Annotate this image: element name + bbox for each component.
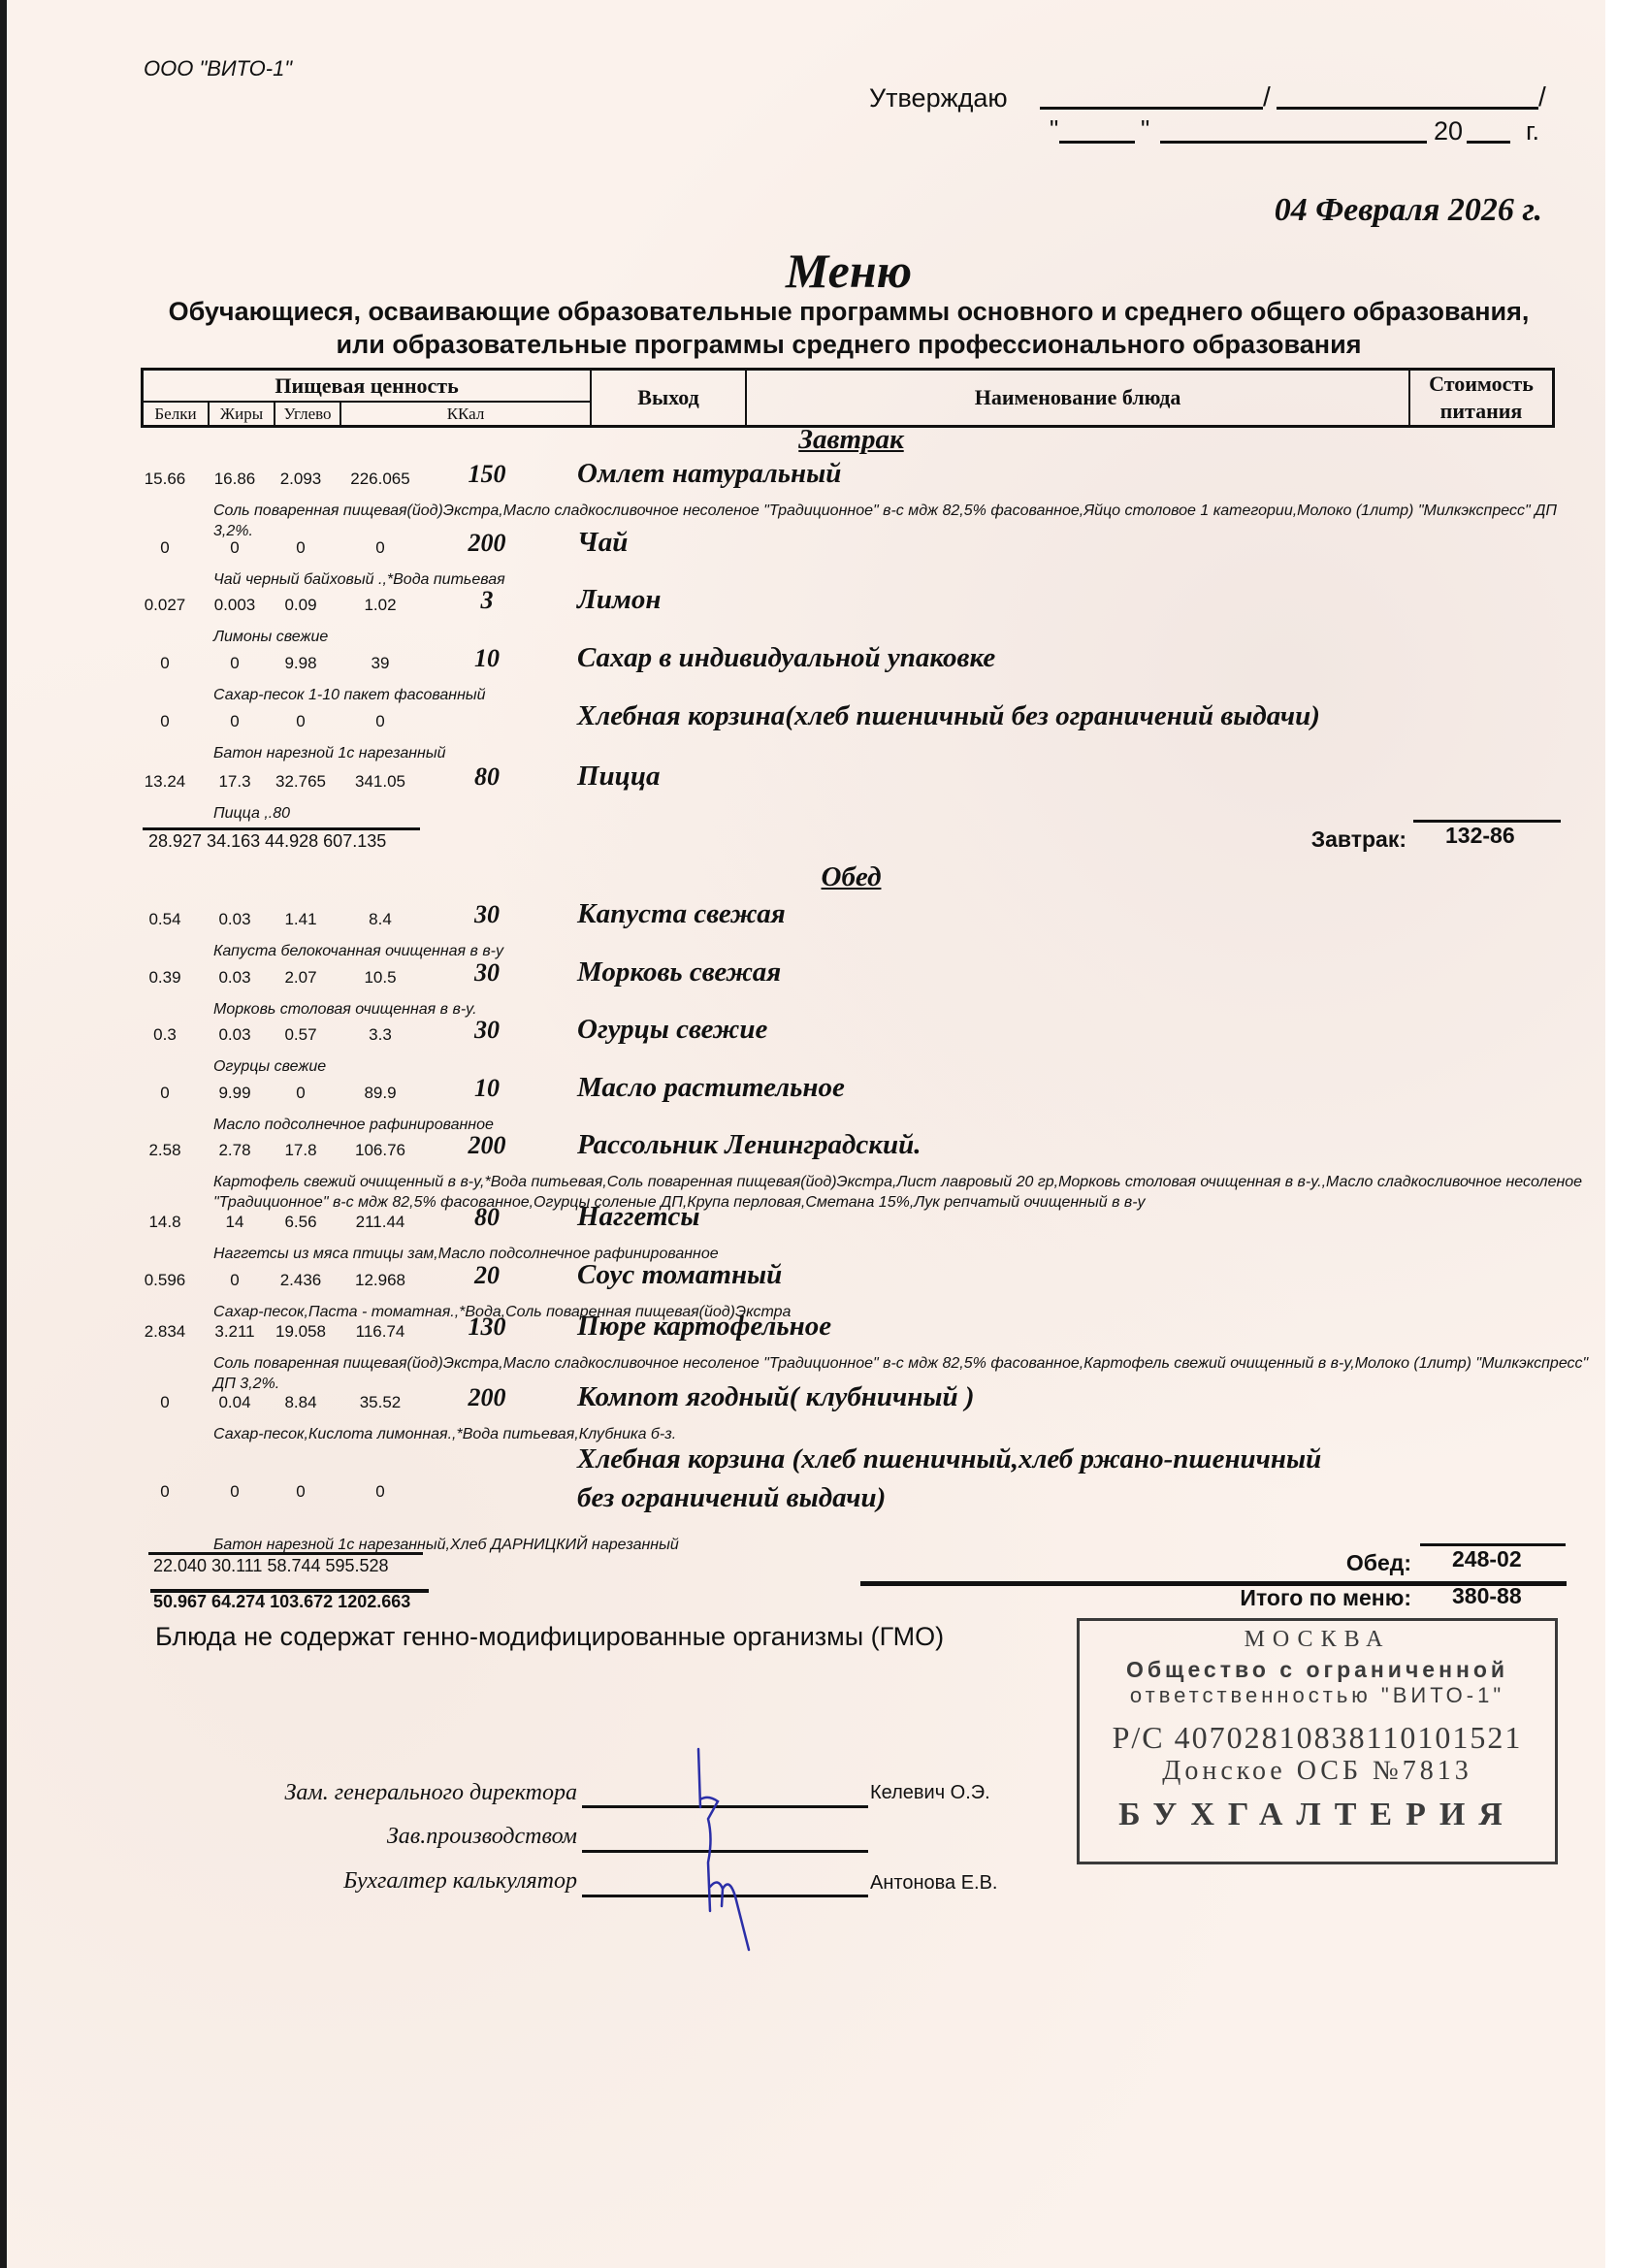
carbs-value: 0.09 <box>267 596 335 615</box>
dish-name: Рассольник Ленинградский. <box>577 1129 921 1161</box>
fat-header: Жиры <box>209 402 275 426</box>
dish-name: Масло растительное <box>577 1072 845 1104</box>
page-subtitle: Обучающиеся, осваивающие образовательные… <box>141 295 1557 361</box>
dish-name: Чай <box>577 527 628 559</box>
kcal-value: 35.52 <box>346 1393 414 1412</box>
protein-value: 0.027 <box>131 596 199 615</box>
fat-value: 3.211 <box>201 1322 269 1342</box>
protein-value: 0 <box>131 654 199 673</box>
menu-item-row: 14.8146.56211.4480НаггетсыНаггетсы из мя… <box>141 1203 1596 1242</box>
approve-slash: / <box>1263 81 1271 113</box>
carbs-value: 9.98 <box>267 654 335 673</box>
kcal-value: 8.4 <box>346 910 414 929</box>
fat-value: 17.3 <box>201 772 269 792</box>
menu-item-row: 0.390.032.0710.530Морковь свежаяМорковь … <box>141 958 1596 997</box>
menu-item-row: 0.540.031.418.430Капуста свежаяКапуста б… <box>141 900 1596 939</box>
yield-value: 10 <box>453 644 521 673</box>
menu-item-row: 09.99089.910Масло растительноеМасло подс… <box>141 1074 1596 1113</box>
date-quote: " <box>1050 114 1058 145</box>
yield-value: 200 <box>453 529 521 558</box>
section-breakfast-title: Завтрак <box>0 424 1649 456</box>
fat-value: 0.003 <box>201 596 269 615</box>
dish-name: Омлет натуральный <box>577 458 841 490</box>
kcal-value: 3.3 <box>346 1025 414 1045</box>
protein-value: 2.834 <box>131 1322 199 1342</box>
yield-value: 30 <box>453 900 521 929</box>
stamp-bank: Донское ОСБ №7813 <box>1080 1756 1555 1787</box>
kcal-value: 1.02 <box>346 596 414 615</box>
dish-ingredients: Пицца ,.80 <box>213 803 1600 824</box>
kcal-value: 0 <box>346 1482 414 1502</box>
dish-ingredients: Батон нарезной 1с нарезанный <box>213 743 1600 763</box>
fat-value: 0 <box>201 712 269 731</box>
breakfast-total-line <box>143 827 420 830</box>
section-lunch-title: Обед <box>0 861 1649 893</box>
cost-header-line2: питания <box>1410 398 1552 425</box>
year-suffix: г. <box>1526 116 1539 146</box>
stamp-city: МОСКВА <box>1080 1627 1555 1653</box>
menu-item-row: 0000200ЧайЧай черный байховый .,*Вода пи… <box>141 529 1596 567</box>
menu-item-row: 0.59602.43612.96820Соус томатныйСахар-пе… <box>141 1261 1596 1300</box>
menu-table-header: Пищевая ценность Выход Наименование блюд… <box>141 368 1555 428</box>
scan-edge <box>0 0 7 2268</box>
yield-value: 80 <box>453 1203 521 1232</box>
protein-value: 0.3 <box>131 1025 199 1045</box>
lunch-nutrition-total: 22.040 30.111 58.744 595.528 <box>153 1556 389 1576</box>
fat-value: 0 <box>201 654 269 673</box>
stamp-line1: Общество с ограниченной <box>1080 1657 1555 1683</box>
yield-value: 20 <box>453 1261 521 1290</box>
menu-item-row: 0000Хлебная корзина(хлеб пшеничный без о… <box>141 702 1596 741</box>
protein-value: 0 <box>131 1084 199 1103</box>
dish-name: Огурцы свежие <box>577 1014 767 1046</box>
signature-name-accountant: Антонова Е.В. <box>870 1872 997 1895</box>
carbs-header: Углево <box>275 402 340 426</box>
dish-name: Наггетсы <box>577 1201 700 1233</box>
stamp-department: БУХГАЛТЕРИЯ <box>1080 1797 1555 1833</box>
yield-header: Выход <box>591 370 746 427</box>
carbs-value: 0 <box>267 538 335 558</box>
fat-value: 0.03 <box>201 1025 269 1045</box>
lunch-total-line <box>148 1552 423 1555</box>
signature-role-accountant: Бухгалтер калькулятор <box>228 1868 577 1895</box>
fat-value: 0.03 <box>201 968 269 988</box>
handwritten-signature-icon <box>679 1741 824 1955</box>
yield-value: 130 <box>453 1312 521 1342</box>
gmo-note: Блюда не содержат генно-модифицированные… <box>155 1622 944 1652</box>
year-prefix: 20 <box>1434 116 1463 146</box>
kcal-value: 0 <box>346 712 414 731</box>
menu-item-row: 13.2417.332.765341.0580ПиццаПицца ,.80 <box>141 762 1596 801</box>
lunch-cost-label: Обед: <box>1212 1550 1411 1576</box>
dish-name: Пюре картофельное <box>577 1311 831 1343</box>
menu-item-row: 2.582.7817.8106.76200Рассольник Ленингра… <box>141 1131 1596 1170</box>
dish-ingredients: Сахар-песок,Кислота лимонная.,*Вода пить… <box>213 1424 1600 1444</box>
kcal-value: 116.74 <box>346 1322 414 1342</box>
kcal-value: 89.9 <box>346 1084 414 1103</box>
company-stamp: МОСКВА Общество с ограниченной ответстве… <box>1077 1618 1558 1864</box>
approve-signature-line <box>1040 107 1263 110</box>
day-line <box>1059 141 1135 144</box>
breakfast-nutrition-total: 28.927 34.163 44.928 607.135 <box>148 831 386 852</box>
carbs-value: 2.093 <box>267 470 335 489</box>
protein-value: 0.596 <box>131 1271 199 1290</box>
fat-value: 0 <box>201 1271 269 1290</box>
menu-item-row: 15.6616.862.093226.065150Омлет натуральн… <box>141 460 1596 499</box>
yield-value: 200 <box>453 1131 521 1160</box>
approve-name-line <box>1277 107 1538 110</box>
dish-name: Лимон <box>577 584 662 616</box>
yield-value: 150 <box>453 460 521 489</box>
month-line <box>1160 141 1427 144</box>
dish-name: Пицца <box>577 761 660 793</box>
kcal-value: 211.44 <box>346 1213 414 1232</box>
carbs-value: 32.765 <box>267 772 335 792</box>
fat-value: 14 <box>201 1213 269 1232</box>
kcal-value: 0 <box>346 538 414 558</box>
grand-total-cost: 380-88 <box>1452 1583 1522 1609</box>
stamp-line2: ответственностью "ВИТО-1" <box>1080 1683 1555 1708</box>
dish-name: Соус томатный <box>577 1259 782 1291</box>
carbs-value: 0.57 <box>267 1025 335 1045</box>
protein-value: 0.39 <box>131 968 199 988</box>
yield-value: 80 <box>453 762 521 792</box>
protein-value: 0 <box>131 1482 199 1502</box>
carbs-value: 0 <box>267 712 335 731</box>
dish-name: Хлебная корзина(хлеб пшеничный без огран… <box>577 700 1320 732</box>
grand-total-label: Итого по меню: <box>1115 1585 1411 1611</box>
dish-name: Капуста свежая <box>577 898 786 930</box>
approve-label: Утверждаю <box>869 83 1008 113</box>
protein-header: Белки <box>143 402 210 426</box>
cost-header-line1: Стоимость <box>1410 371 1552 398</box>
company-name: ООО "ВИТО-1" <box>144 56 292 81</box>
kcal-value: 12.968 <box>346 1271 414 1290</box>
yield-value: 200 <box>453 1383 521 1412</box>
fat-value: 0 <box>201 1482 269 1502</box>
stamp-account: Р/С 40702810838110101521 <box>1080 1720 1555 1756</box>
fat-value: 16.86 <box>201 470 269 489</box>
dish-name-header: Наименование блюда <box>746 370 1409 427</box>
menu-item-row: 0.30.030.573.330Огурцы свежиеОгурцы свеж… <box>141 1016 1596 1054</box>
carbs-value: 0 <box>267 1084 335 1103</box>
grand-nutrition-total: 50.967 64.274 103.672 1202.663 <box>153 1592 410 1612</box>
menu-item-row: 0.0270.0030.091.023ЛимонЛимоны свежие <box>141 586 1596 625</box>
protein-value: 0 <box>131 712 199 731</box>
yield-value: 30 <box>453 1016 521 1045</box>
signature-role-production: Зав.производством <box>228 1824 577 1850</box>
carbs-value: 2.07 <box>267 968 335 988</box>
fat-value: 0 <box>201 538 269 558</box>
dish-name: Компот ягодный( клубничный ) <box>577 1381 975 1413</box>
signature-name-deputy: Келевич О.Э. <box>870 1782 990 1804</box>
fat-value: 0.03 <box>201 910 269 929</box>
protein-value: 0.54 <box>131 910 199 929</box>
carbs-value: 1.41 <box>267 910 335 929</box>
kcal-header: ККал <box>340 402 591 426</box>
kcal-value: 39 <box>346 654 414 673</box>
kcal-value: 106.76 <box>346 1141 414 1160</box>
fat-value: 2.78 <box>201 1141 269 1160</box>
carbs-value: 17.8 <box>267 1141 335 1160</box>
menu-item-row: 2.8343.21119.058116.74130Пюре картофельн… <box>141 1312 1596 1351</box>
date-quote: " <box>1141 114 1149 145</box>
kcal-value: 341.05 <box>346 772 414 792</box>
breakfast-cost-label: Завтрак: <box>1203 826 1406 853</box>
carbs-value: 6.56 <box>267 1213 335 1232</box>
carbs-value: 2.436 <box>267 1271 335 1290</box>
protein-value: 14.8 <box>131 1213 199 1232</box>
yield-value: 10 <box>453 1074 521 1103</box>
page-title: Меню <box>0 243 1649 299</box>
dish-name-continued: без ограничений выдачи) <box>577 1482 886 1514</box>
fat-value: 0.04 <box>201 1393 269 1412</box>
breakfast-cost: 132-86 <box>1445 823 1515 849</box>
carbs-value: 19.058 <box>267 1322 335 1342</box>
kcal-value: 10.5 <box>346 968 414 988</box>
dish-name: Морковь свежая <box>577 956 781 988</box>
protein-value: 15.66 <box>131 470 199 489</box>
protein-value: 13.24 <box>131 772 199 792</box>
approve-slash: / <box>1538 81 1546 113</box>
protein-value: 2.58 <box>131 1141 199 1160</box>
nutrition-header: Пищевая ценность <box>143 370 592 403</box>
menu-date: 04 Февраля 2026 г. <box>1275 192 1542 229</box>
dish-name: Сахар в индивидуальной упаковке <box>577 642 995 674</box>
menu-item-row: 00.048.8435.52200Компот ягодный( клубнич… <box>141 1383 1596 1422</box>
yield-value: 3 <box>453 586 521 615</box>
year-line <box>1467 141 1510 144</box>
menu-item-row: 0000Хлебная корзина (хлеб пшеничный,хлеб… <box>141 1445 1596 1484</box>
protein-value: 0 <box>131 538 199 558</box>
dish-name: Хлебная корзина (хлеб пшеничный,хлеб ржа… <box>577 1443 1321 1475</box>
protein-value: 0 <box>131 1393 199 1412</box>
fat-value: 9.99 <box>201 1084 269 1103</box>
carbs-value: 0 <box>267 1482 335 1502</box>
menu-item-row: 009.983910Сахар в индивидуальной упаковк… <box>141 644 1596 683</box>
lunch-cost: 248-02 <box>1452 1546 1522 1572</box>
kcal-value: 226.065 <box>346 470 414 489</box>
yield-value: 30 <box>453 958 521 988</box>
signature-role-deputy: Зам. генерального директора <box>228 1780 577 1806</box>
cost-header: Стоимость питания <box>1409 370 1554 427</box>
carbs-value: 8.84 <box>267 1393 335 1412</box>
